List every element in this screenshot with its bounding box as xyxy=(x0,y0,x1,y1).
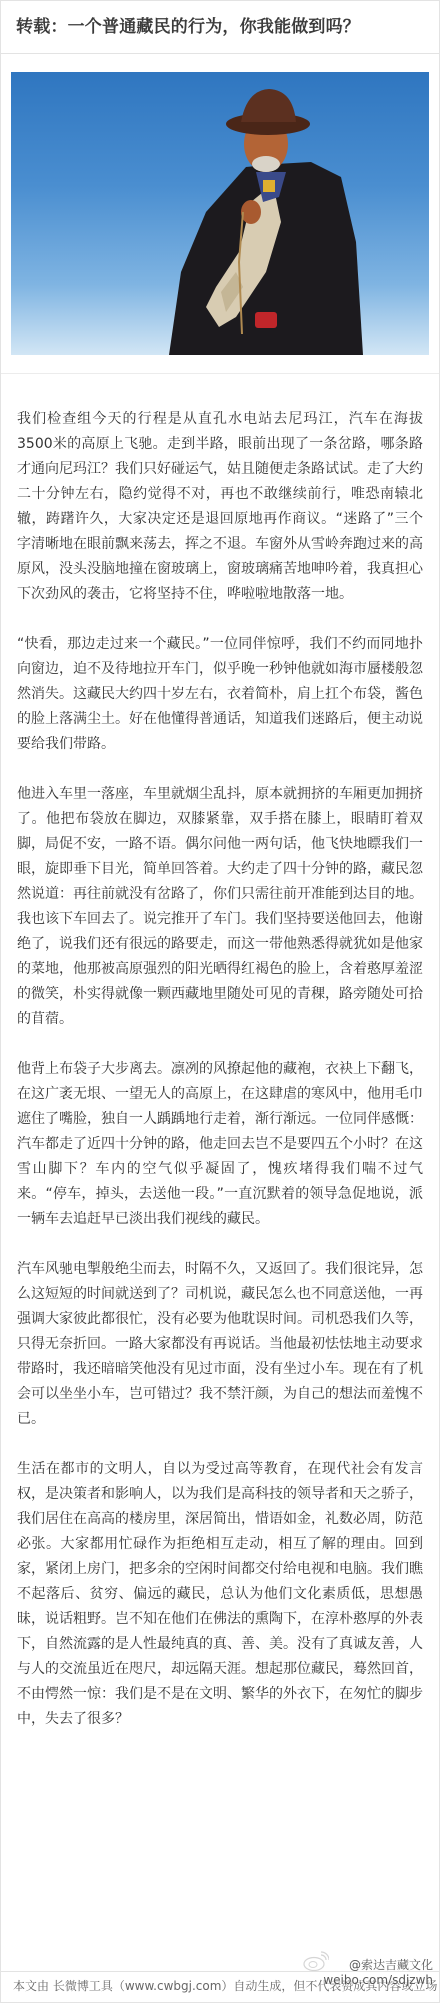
watermark-url: weibo.com/sdjzwh xyxy=(323,1973,433,1988)
tibetan-man-photo xyxy=(11,72,429,355)
title-bar: 转载：一个普通藏民的行为，你我能做到吗？ xyxy=(1,1,439,54)
long-weibo-page: 转载：一个普通藏民的行为，你我能做到吗？ xyxy=(0,0,440,2003)
section-divider xyxy=(1,373,439,374)
article-paragraph: 生活在都市的文明人，自以为受过高等教育，在现代社会有发言权，是决策者和影响人，以… xyxy=(17,1457,423,1732)
page-title: 转载：一个普通藏民的行为，你我能做到吗？ xyxy=(16,12,360,37)
weibo-watermark: @索达吉藏文化 weibo.com/sdjzwh xyxy=(323,1958,433,1988)
article-paragraph: 我们检查组今天的行程是从直孔水电站去尼玛江，汽车在海拔3500米的高原上飞驰。走… xyxy=(17,407,423,607)
article-paragraph: 他进入车里一落座，车里就烟尘乱抖，原本就拥挤的车厢更加拥挤了。他把布袋放在脚边，… xyxy=(17,782,423,1032)
article-paragraph: “快看，那边走过来一个藏民。”一位同伴惊呼，我们不约而同地扑向窗边，迫不及待地拉… xyxy=(17,632,423,757)
watermark-handle: @索达吉藏文化 xyxy=(323,1958,433,1973)
photo-illustration xyxy=(11,72,429,355)
article-paragraph: 他背上布袋子大步离去。凛冽的风撩起他的藏袍，衣袂上下翻飞，在这广袤无垠、一望无人… xyxy=(17,1057,423,1232)
article-paragraph: 汽车风驰电掣般绝尘而去，时隔不久，又返回了。我们很诧异，怎么这短短的时间就送到了… xyxy=(17,1257,423,1432)
article-body: 我们检查组今天的行程是从直孔水电站去尼玛江，汽车在海拔3500米的高原上飞驰。走… xyxy=(17,407,423,1757)
